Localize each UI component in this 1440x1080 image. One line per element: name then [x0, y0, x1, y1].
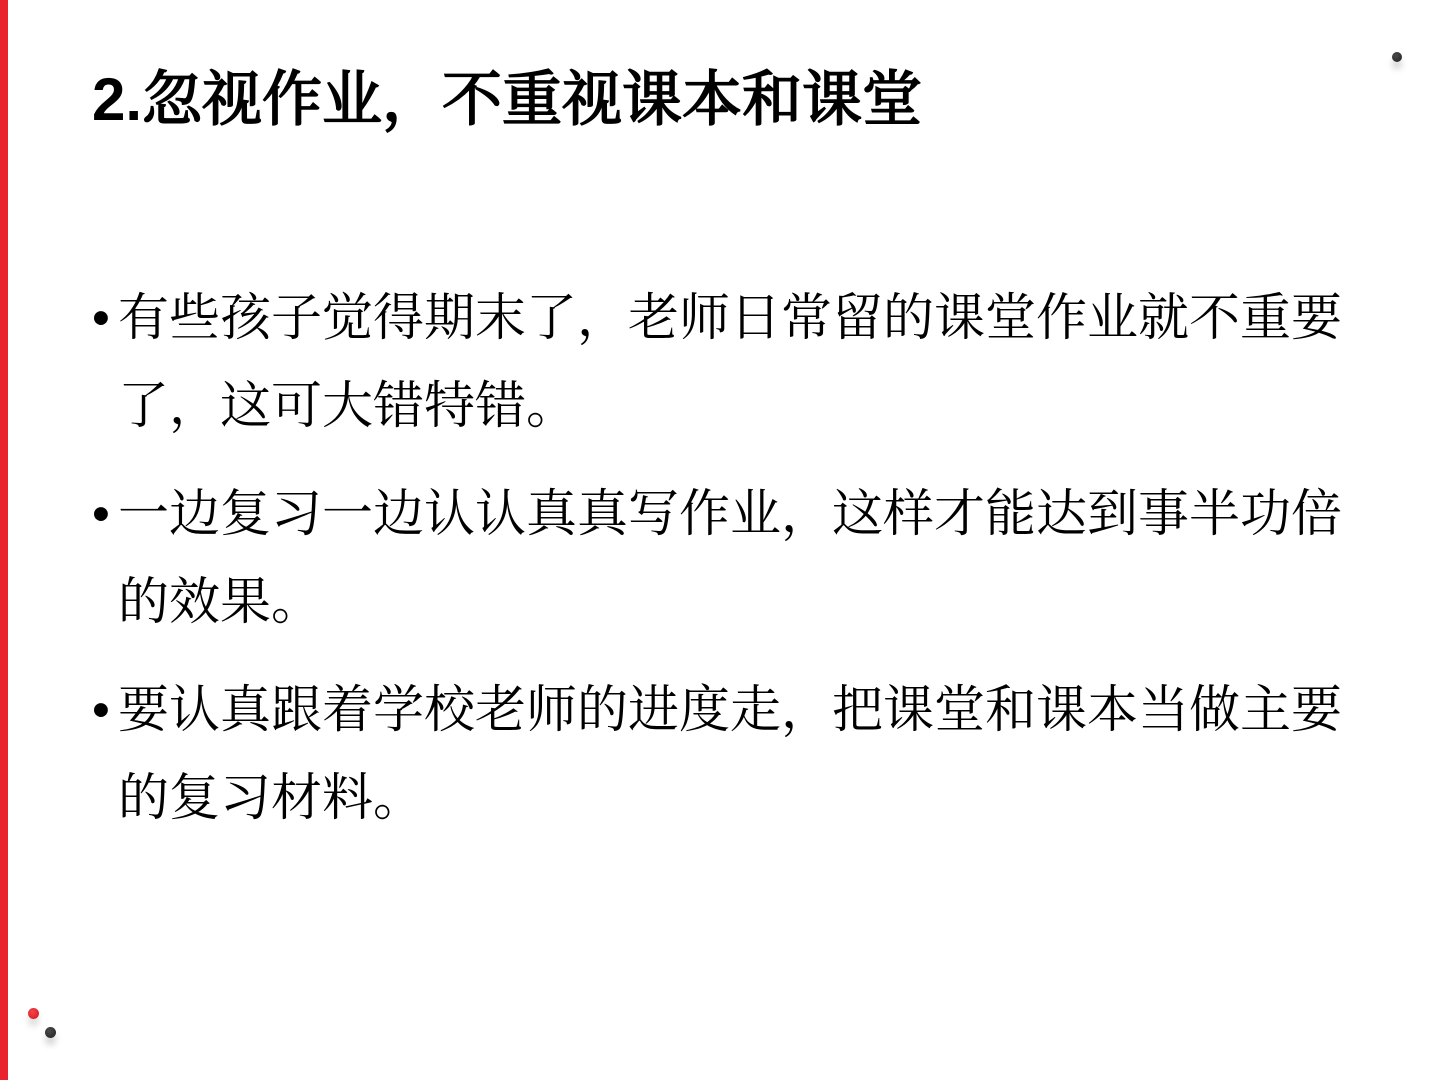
decorative-dot-top-right — [1392, 52, 1402, 62]
decorative-dot-dark — [45, 1027, 56, 1038]
bullet-icon: • — [92, 470, 118, 558]
bullet-paragraph-2: • 一边复习一边认认真真写作业，这样才能达到事半功倍的效果。 — [92, 470, 1382, 646]
bullet-text-1: 有些孩子觉得期末了，老师日常留的课堂作业就不重要了，这可大错特错。 — [118, 274, 1358, 450]
bullet-paragraph-1: • 有些孩子觉得期末了，老师日常留的课堂作业就不重要了，这可大错特错。 — [92, 274, 1382, 450]
bullet-text-2: 一边复习一边认认真真写作业，这样才能达到事半功倍的效果。 — [118, 470, 1358, 646]
bullet-paragraph-3: • 要认真跟着学校老师的进度走，把课堂和课本当做主要的复习材料。 — [92, 666, 1382, 842]
decorative-dot-red — [28, 1008, 39, 1019]
presentation-slide: 2.忽视作业，不重视课本和课堂 • 有些孩子觉得期末了，老师日常留的课堂作业就不… — [0, 0, 1440, 1080]
slide-title: 2.忽视作业，不重视课本和课堂 — [92, 64, 922, 136]
bullet-icon: • — [92, 666, 118, 754]
bullet-icon: • — [92, 274, 118, 362]
slide-body: • 有些孩子觉得期末了，老师日常留的课堂作业就不重要了，这可大错特错。 • 一边… — [92, 274, 1382, 842]
bullet-text-3: 要认真跟着学校老师的进度走，把课堂和课本当做主要的复习材料。 — [118, 666, 1358, 842]
left-accent-bar — [0, 0, 8, 1080]
